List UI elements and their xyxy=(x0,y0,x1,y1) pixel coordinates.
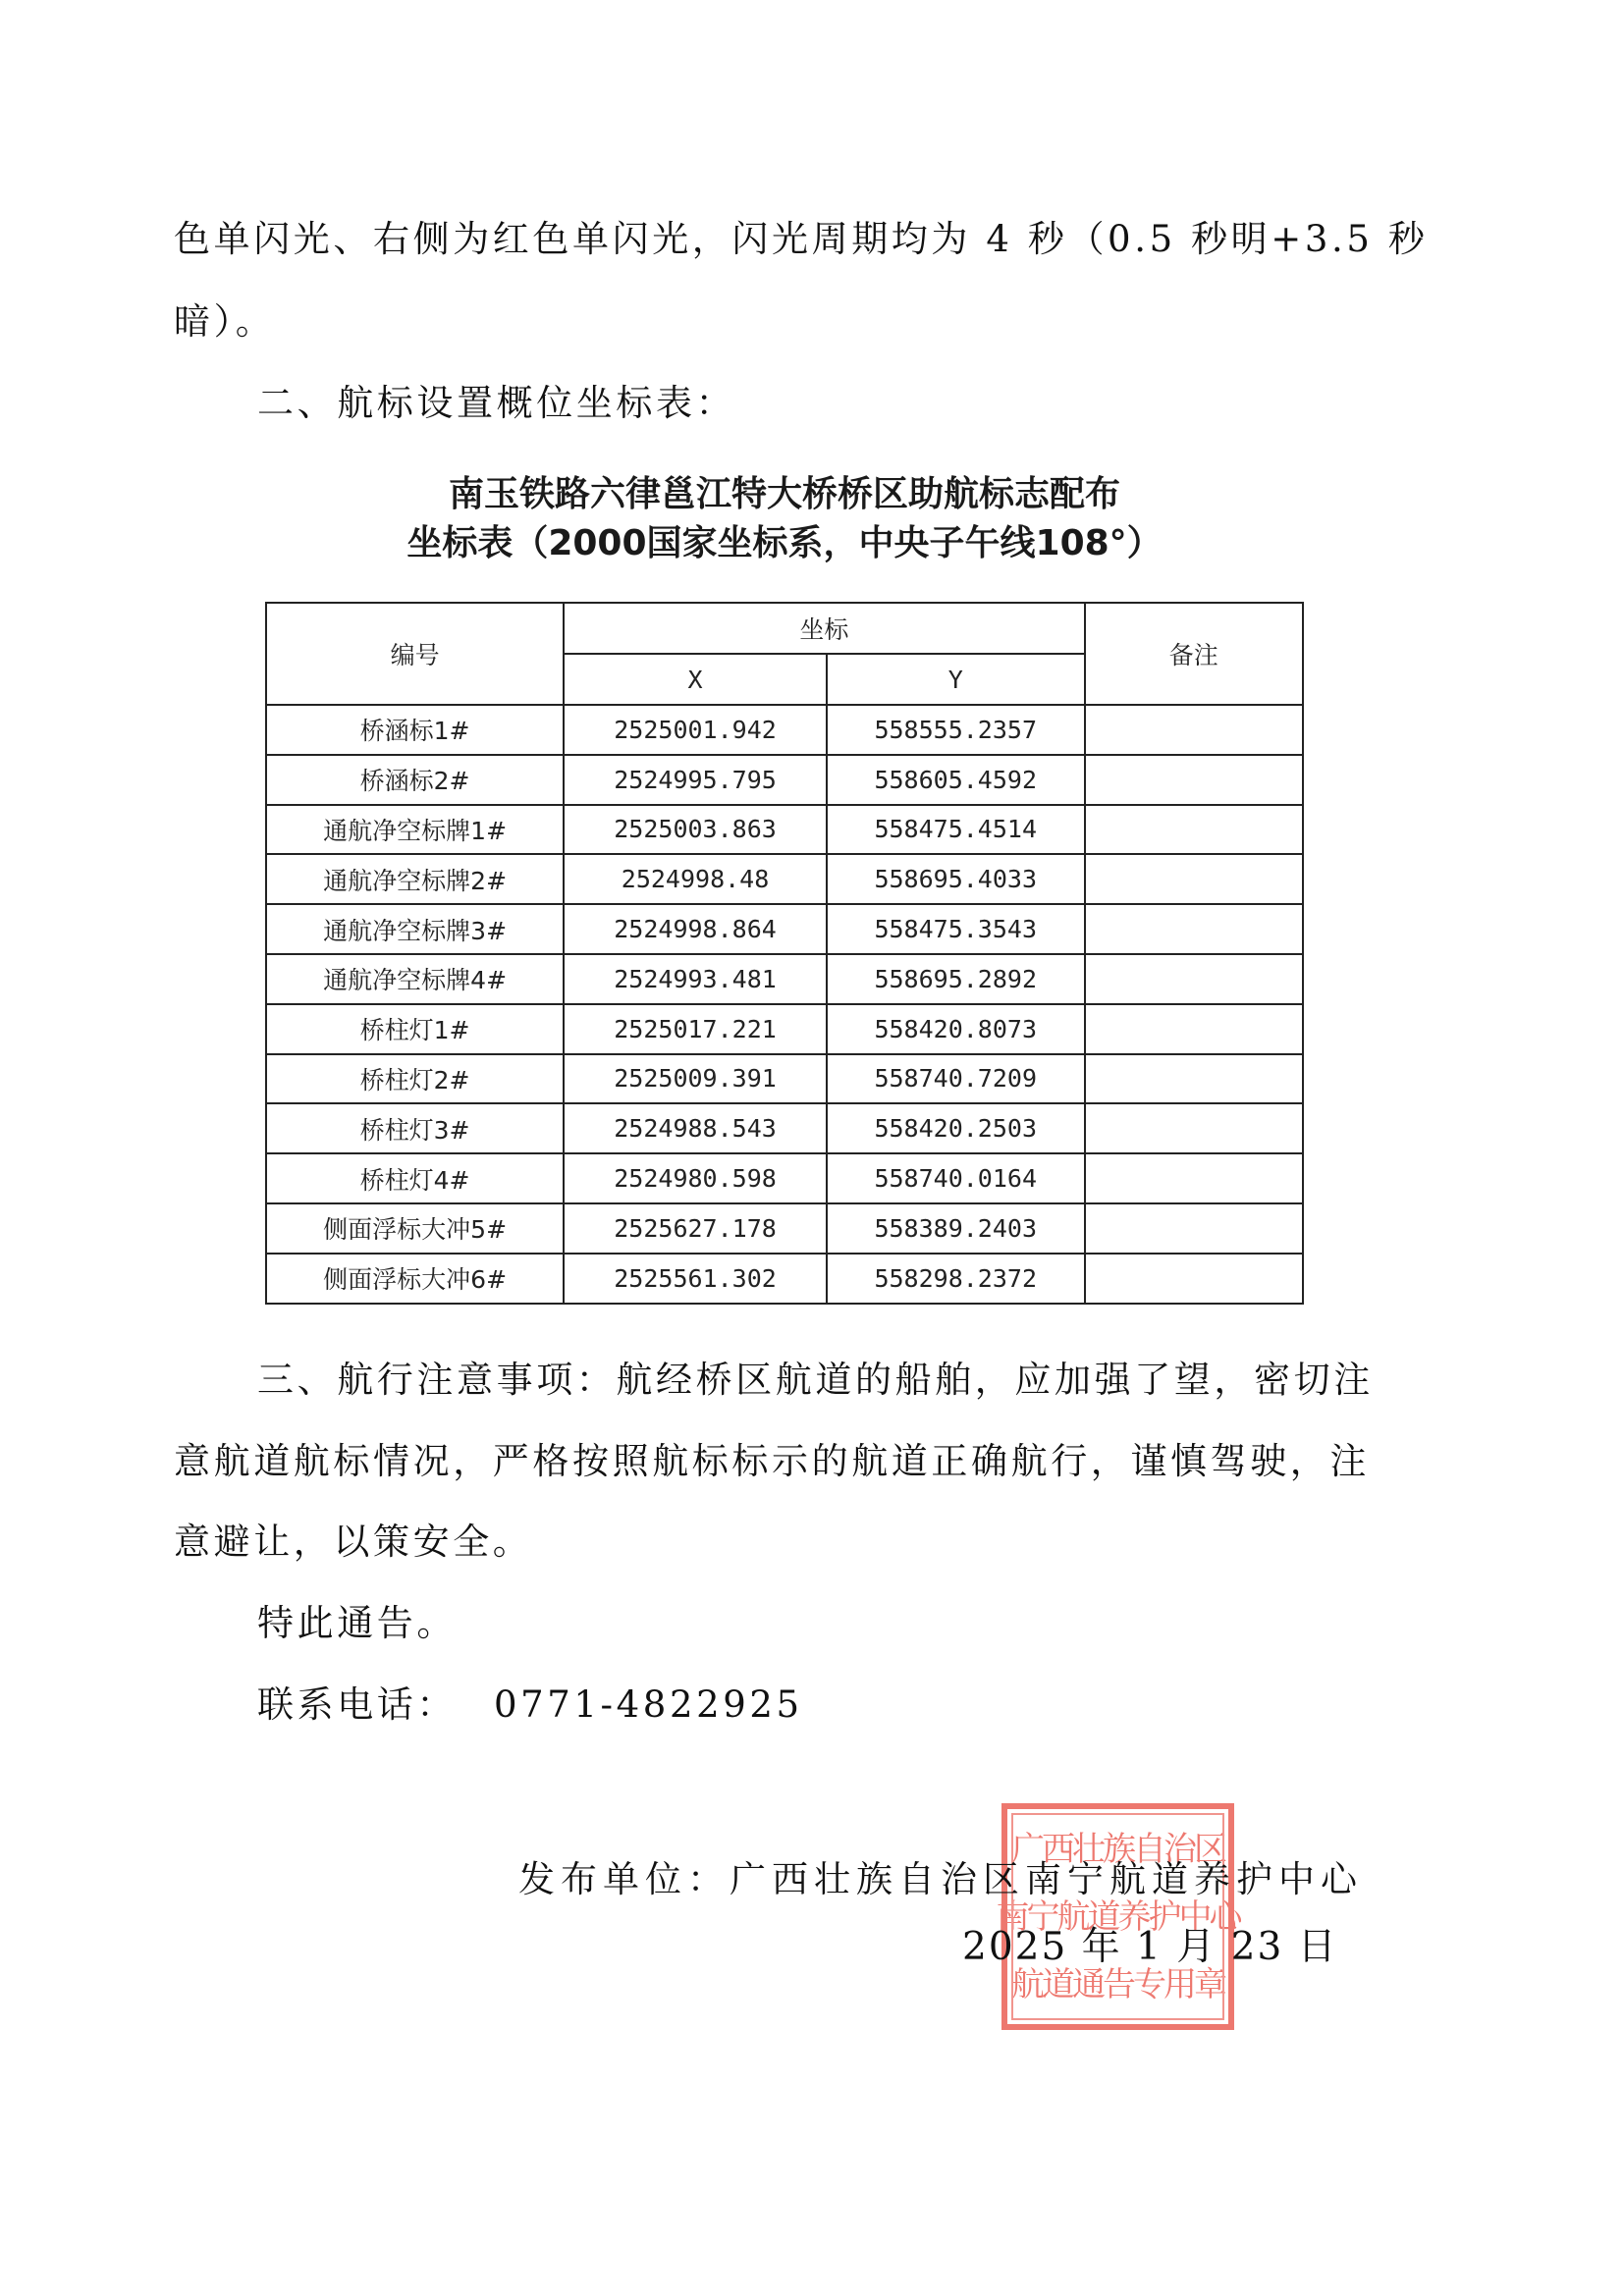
publisher-line: 发布单位：广西壮族自治区南宁航道养护中心 xyxy=(518,1858,1363,1901)
cell-id: 通航净空标牌2# xyxy=(266,854,564,904)
cell-y: 558420.2503 xyxy=(827,1103,1085,1153)
table-title-line1: 南玉铁路六律邕江特大桥桥区助航标志配布 xyxy=(265,471,1304,518)
table-row: 侧面浮标大冲5#2525627.178558389.2403 xyxy=(266,1203,1303,1254)
cell-id: 桥涵标2# xyxy=(266,755,564,805)
table-row: 桥柱灯4#2524980.598558740.0164 xyxy=(266,1153,1303,1203)
cell-y: 558298.2372 xyxy=(827,1254,1085,1304)
cell-id: 侧面浮标大冲6# xyxy=(266,1254,564,1304)
cell-note xyxy=(1085,904,1303,954)
cell-id: 通航净空标牌4# xyxy=(266,954,564,1004)
stamp-inner-border xyxy=(1011,1813,1224,2020)
cell-y: 558740.0164 xyxy=(827,1153,1085,1203)
cell-note xyxy=(1085,705,1303,755)
closing-notice: 特此通告。 xyxy=(257,1602,1534,1645)
table-row: 通航净空标牌2#2524998.48558695.4033 xyxy=(266,854,1303,904)
cell-x: 2524980.598 xyxy=(564,1153,827,1203)
cell-y: 558605.4592 xyxy=(827,755,1085,805)
cell-id: 通航净空标牌3# xyxy=(266,904,564,954)
cell-note xyxy=(1085,954,1303,1004)
cell-x: 2524998.48 xyxy=(564,854,827,904)
cell-y: 558555.2357 xyxy=(827,705,1085,755)
cell-x: 2524988.543 xyxy=(564,1103,827,1153)
contact-phone: 0771-4822925 xyxy=(494,1683,803,1726)
table-title-line2: 坐标表（2000国家坐标系，中央子午线108°） xyxy=(265,520,1304,567)
cell-y: 558475.3543 xyxy=(827,904,1085,954)
cell-id: 桥柱灯3# xyxy=(266,1103,564,1153)
cell-y: 558389.2403 xyxy=(827,1203,1085,1254)
cell-y: 558695.4033 xyxy=(827,854,1085,904)
cell-note xyxy=(1085,1254,1303,1304)
cell-id: 桥柱灯1# xyxy=(266,1004,564,1054)
cell-note xyxy=(1085,1103,1303,1153)
table-row: 桥涵标1#2525001.942558555.2357 xyxy=(266,705,1303,755)
cell-y: 558475.4514 xyxy=(827,805,1085,855)
header-x: X xyxy=(564,654,827,705)
cell-y: 558420.8073 xyxy=(827,1004,1085,1054)
cell-id: 侧面浮标大冲5# xyxy=(266,1203,564,1254)
cell-note xyxy=(1085,1054,1303,1104)
header-coords: 坐标 xyxy=(564,603,1084,654)
table-row: 通航净空标牌3#2524998.864558475.3543 xyxy=(266,904,1303,954)
paragraph-light-description-line2: 暗）。 xyxy=(174,300,1450,344)
section3-line3: 意避让，以策安全。 xyxy=(174,1521,1450,1564)
cell-id: 桥柱灯2# xyxy=(266,1054,564,1104)
cell-x: 2525561.302 xyxy=(564,1254,827,1304)
coordinates-table: 编号 坐标 备注 X Y 桥涵标1#2525001.942558555.2357… xyxy=(265,602,1304,1305)
official-seal-stamp: 广西壮族自治区 南宁航道养护中心 航道通告专用章 xyxy=(1001,1803,1234,2030)
header-note: 备注 xyxy=(1085,603,1303,705)
cell-id: 桥涵标1# xyxy=(266,705,564,755)
table-row: 通航净空标牌4#2524993.481558695.2892 xyxy=(266,954,1303,1004)
cell-note xyxy=(1085,805,1303,855)
cell-x: 2525009.391 xyxy=(564,1054,827,1104)
contact-line: 联系电话：0771-4822925 xyxy=(257,1683,1534,1727)
table-row: 桥柱灯1#2525017.221558420.8073 xyxy=(266,1004,1303,1054)
publish-date: 2025 年 1 月 23 日 xyxy=(962,1926,1338,1969)
cell-note xyxy=(1085,755,1303,805)
section2-heading: 二、航标设置概位坐标表： xyxy=(257,382,1534,425)
cell-note xyxy=(1085,1004,1303,1054)
cell-x: 2525017.221 xyxy=(564,1004,827,1054)
table-row: 通航净空标牌1#2525003.863558475.4514 xyxy=(266,805,1303,855)
header-id: 编号 xyxy=(266,603,564,705)
cell-y: 558740.7209 xyxy=(827,1054,1085,1104)
cell-note xyxy=(1085,1153,1303,1203)
table-row: 侧面浮标大冲6#2525561.302558298.2372 xyxy=(266,1254,1303,1304)
cell-x: 2525003.863 xyxy=(564,805,827,855)
cell-id: 通航净空标牌1# xyxy=(266,805,564,855)
cell-x: 2524995.795 xyxy=(564,755,827,805)
section3-line1: 三、航行注意事项：航经桥区航道的船舶，应加强了望，密切注 xyxy=(257,1359,1534,1402)
cell-x: 2525001.942 xyxy=(564,705,827,755)
cell-x: 2524998.864 xyxy=(564,904,827,954)
cell-x: 2525627.178 xyxy=(564,1203,827,1254)
section3-line2: 意航道航标情况，严格按照航标标示的航道正确航行，谨慎驾驶，注 xyxy=(174,1440,1450,1483)
cell-x: 2524993.481 xyxy=(564,954,827,1004)
table-row: 桥涵标2#2524995.795558605.4592 xyxy=(266,755,1303,805)
cell-note xyxy=(1085,1203,1303,1254)
cell-note xyxy=(1085,854,1303,904)
paragraph-light-description-line1: 色单闪光、右侧为红色单闪光，闪光周期均为 4 秒（0.5 秒明+3.5 秒 xyxy=(174,218,1450,261)
cell-y: 558695.2892 xyxy=(827,954,1085,1004)
table-row: 桥柱灯3#2524988.543558420.2503 xyxy=(266,1103,1303,1153)
cell-id: 桥柱灯4# xyxy=(266,1153,564,1203)
header-y: Y xyxy=(827,654,1085,705)
contact-label: 联系电话： xyxy=(257,1683,457,1726)
table-row: 桥柱灯2#2525009.391558740.7209 xyxy=(266,1054,1303,1104)
